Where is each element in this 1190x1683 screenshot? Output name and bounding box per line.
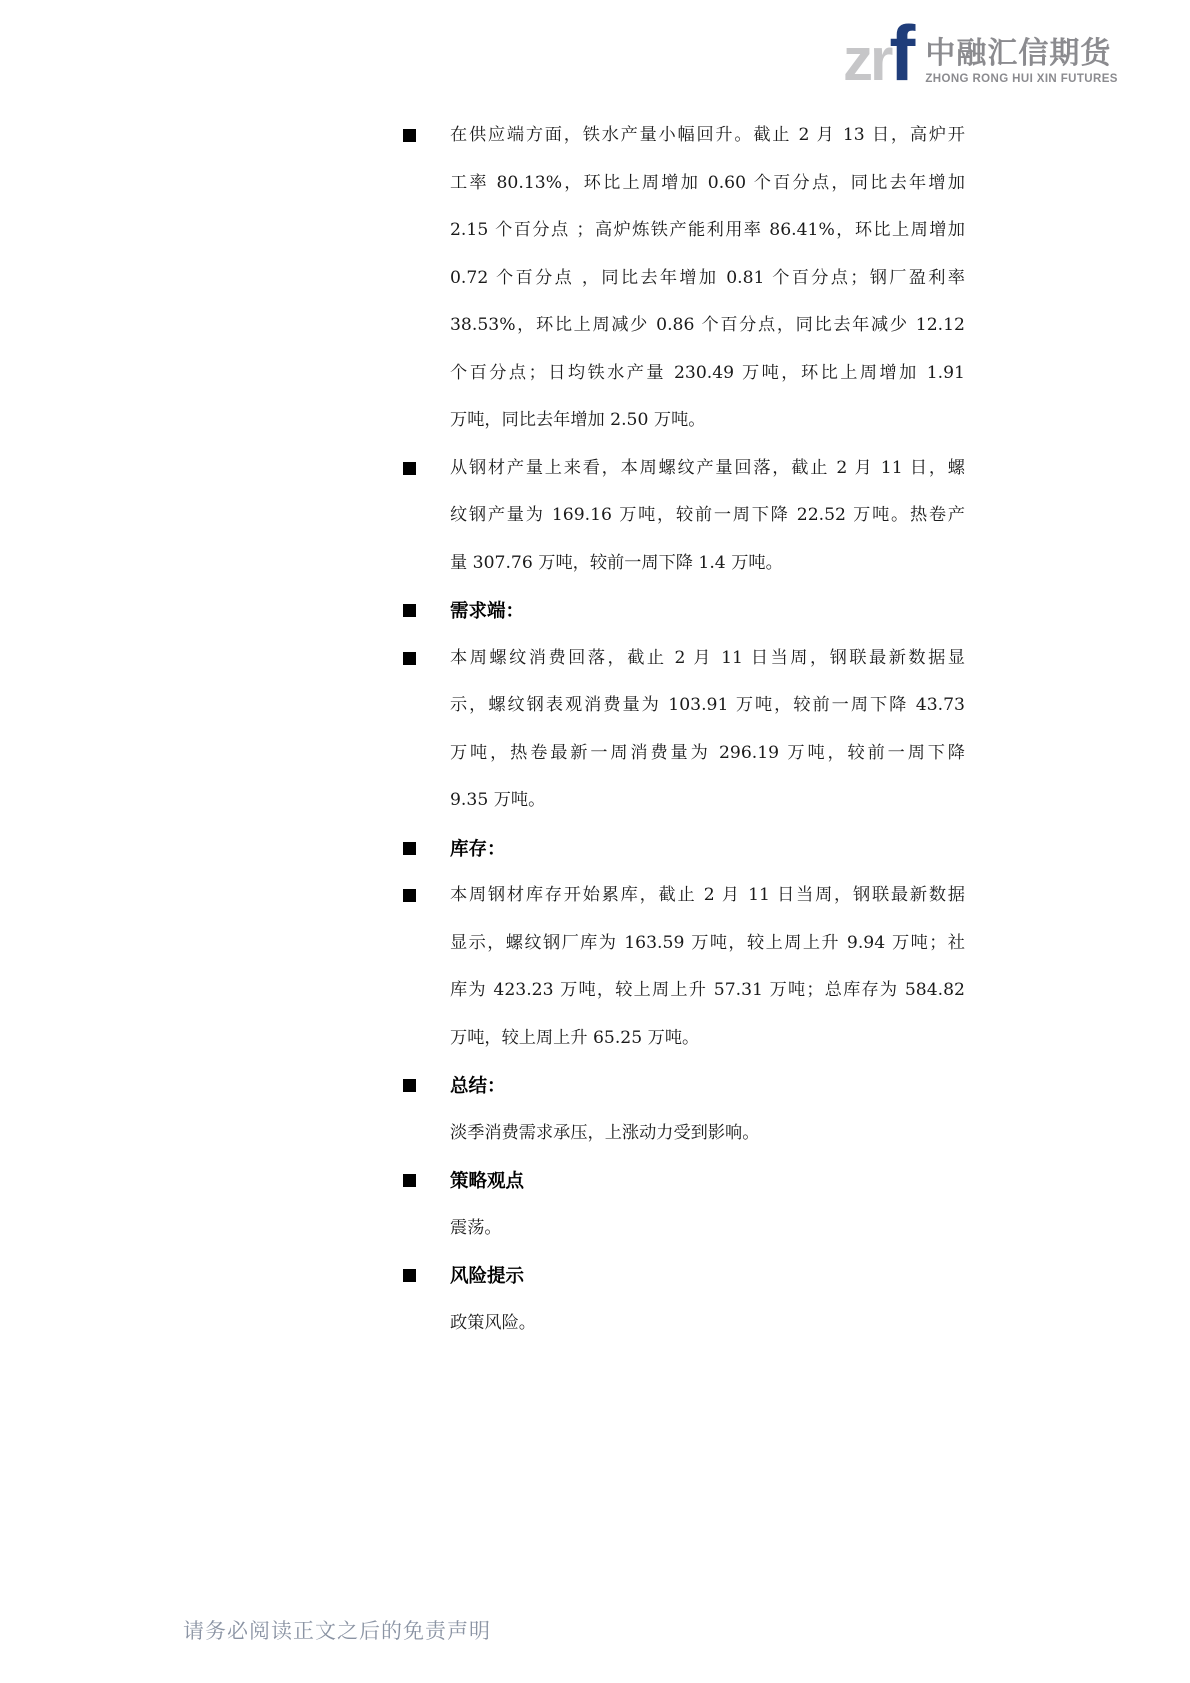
text-line: 万吨，较上周上升 65.25 万吨。 — [450, 1015, 965, 1063]
text-line: 在供应端方面，铁水产量小幅回升。截止 2 月 13 日，高炉开 — [450, 112, 965, 160]
list-item: 在供应端方面，铁水产量小幅回升。截止 2 月 13 日，高炉开工率 80.13%… — [403, 112, 968, 445]
bullet-square-icon — [403, 462, 416, 475]
bullet-marker-cell — [403, 445, 450, 493]
paragraph-lines: 在供应端方面，铁水产量小幅回升。截止 2 月 13 日，高炉开工率 80.13%… — [450, 112, 965, 445]
text-line: 个百分点；日均铁水产量 230.49 万吨，环比上周增加 1.91 — [450, 350, 965, 398]
text-line: 万吨，同比去年增加 2.50 万吨。 — [450, 397, 965, 445]
bullet-square-icon — [403, 129, 416, 142]
bullet-marker-cell — [403, 825, 450, 873]
bullet-square-icon — [403, 1079, 416, 1092]
text-line: 库为 423.23 万吨，较上周上升 57.31 万吨；总库存为 584.82 — [450, 967, 965, 1015]
list-item: 从钢材产量上来看，本周螺纹产量回落，截止 2 月 11 日，螺纹钢产量为 169… — [403, 445, 968, 588]
paragraph-lines: 库存： — [450, 825, 965, 873]
text-line: 本周钢材库存开始累库，截止 2 月 11 日当周，钢联最新数据 — [450, 872, 965, 920]
text-line: 策略观点 — [450, 1157, 965, 1205]
paragraph-lines: 从钢材产量上来看，本周螺纹产量回落，截止 2 月 11 日，螺纹钢产量为 169… — [450, 445, 965, 588]
company-name-english: ZHONG RONG HUI XIN FUTURES — [925, 73, 1118, 85]
text-line: 量 307.76 万吨，较前一周下降 1.4 万吨。 — [450, 540, 965, 588]
bullet-marker-cell — [403, 635, 450, 683]
zrf-logo-icon: zrf — [843, 18, 915, 88]
bullet-marker-cell — [403, 587, 450, 635]
bullet-marker-cell — [403, 112, 450, 160]
list-item: 淡季消费需求承压，上涨动力受到影响。 — [403, 1110, 968, 1158]
text-line: 总结： — [450, 1062, 965, 1110]
text-line: 纹钢产量为 169.16 万吨，较前一周下降 22.52 万吨。热卷产 — [450, 492, 965, 540]
paragraph-lines: 震荡。 — [450, 1205, 965, 1253]
text-line: 9.35 万吨。 — [450, 777, 965, 825]
company-name-block: 中融汇信期货 ZHONG RONG HUI XIN FUTURES — [925, 37, 1118, 88]
text-line: 0.72 个百分点 ，同比去年增加 0.81 个百分点；钢厂盈利率 — [450, 255, 965, 303]
paragraph-lines: 政策风险。 — [450, 1300, 965, 1348]
logo-letter-blue: f — [889, 9, 915, 97]
paragraph-lines: 总结： — [450, 1062, 965, 1110]
text-line: 政策风险。 — [450, 1300, 965, 1348]
paragraph-lines: 本周钢材库存开始累库，截止 2 月 11 日当周，钢联最新数据显示，螺纹钢厂库为… — [450, 872, 965, 1062]
text-line: 工率 80.13%，环比上周增加 0.60 个百分点，同比去年增加 — [450, 160, 965, 208]
logo-letters-gray: zr — [843, 26, 890, 93]
text-line: 万吨，热卷最新一周消费量为 296.19 万吨，较前一周下降 — [450, 730, 965, 778]
text-line: 示，螺纹钢表观消费量为 103.91 万吨，较前一周下降 43.73 — [450, 682, 965, 730]
text-line: 显示，螺纹钢厂库为 163.59 万吨，较上周上升 9.94 万吨；社 — [450, 920, 965, 968]
paragraph-lines: 需求端： — [450, 587, 965, 635]
bullet-list: 在供应端方面，铁水产量小幅回升。截止 2 月 13 日，高炉开工率 80.13%… — [403, 112, 968, 1347]
paragraph-lines: 淡季消费需求承压，上涨动力受到影响。 — [450, 1110, 965, 1158]
text-line: 38.53%，环比上周减少 0.86 个百分点，同比去年减少 12.12 — [450, 302, 965, 350]
paragraph-lines: 策略观点 — [450, 1157, 965, 1205]
list-item: 政策风险。 — [403, 1300, 968, 1348]
bullet-square-icon — [403, 652, 416, 665]
bullet-marker-cell — [403, 1300, 450, 1348]
bullet-square-icon — [403, 1174, 416, 1187]
company-logo: zrf 中融汇信期货 ZHONG RONG HUI XIN FUTURES — [843, 18, 1118, 88]
bullet-square-icon — [403, 1269, 416, 1282]
bullet-marker-cell — [403, 1062, 450, 1110]
bullet-square-icon — [403, 889, 416, 902]
bullet-marker-cell — [403, 1157, 450, 1205]
report-page: zrf 中融汇信期货 ZHONG RONG HUI XIN FUTURES 在供… — [0, 0, 1190, 1683]
list-item: 库存： — [403, 825, 968, 873]
company-name-chinese: 中融汇信期货 — [925, 37, 1118, 70]
bullet-marker-cell — [403, 1205, 450, 1253]
bullet-marker-cell — [403, 1110, 450, 1158]
list-item: 策略观点 — [403, 1157, 968, 1205]
list-item: 总结： — [403, 1062, 968, 1110]
list-item: 震荡。 — [403, 1205, 968, 1253]
list-item: 本周钢材库存开始累库，截止 2 月 11 日当周，钢联最新数据显示，螺纹钢厂库为… — [403, 872, 968, 1062]
list-item: 风险提示 — [403, 1252, 968, 1300]
text-line: 库存： — [450, 825, 965, 873]
text-line: 风险提示 — [450, 1252, 965, 1300]
paragraph-lines: 本周螺纹消费回落，截止 2 月 11 日当周，钢联最新数据显示，螺纹钢表观消费量… — [450, 635, 965, 825]
text-line: 淡季消费需求承压，上涨动力受到影响。 — [450, 1110, 965, 1158]
bullet-square-icon — [403, 842, 416, 855]
text-line: 2.15 个百分点 ；高炉炼铁产能利用率 86.41%，环比上周增加 — [450, 207, 965, 255]
list-item: 需求端： — [403, 587, 968, 635]
text-line: 震荡。 — [450, 1205, 965, 1253]
bullet-square-icon — [403, 604, 416, 617]
disclaimer-note: 请务必阅读正文之后的免责声明 — [183, 1615, 491, 1645]
text-line: 本周螺纹消费回落，截止 2 月 11 日当周，钢联最新数据显 — [450, 635, 965, 683]
text-line: 需求端： — [450, 587, 965, 635]
paragraph-lines: 风险提示 — [450, 1252, 965, 1300]
bullet-marker-cell — [403, 872, 450, 920]
list-item: 本周螺纹消费回落，截止 2 月 11 日当周，钢联最新数据显示，螺纹钢表观消费量… — [403, 635, 968, 825]
bullet-marker-cell — [403, 1252, 450, 1300]
text-line: 从钢材产量上来看，本周螺纹产量回落，截止 2 月 11 日，螺 — [450, 445, 965, 493]
